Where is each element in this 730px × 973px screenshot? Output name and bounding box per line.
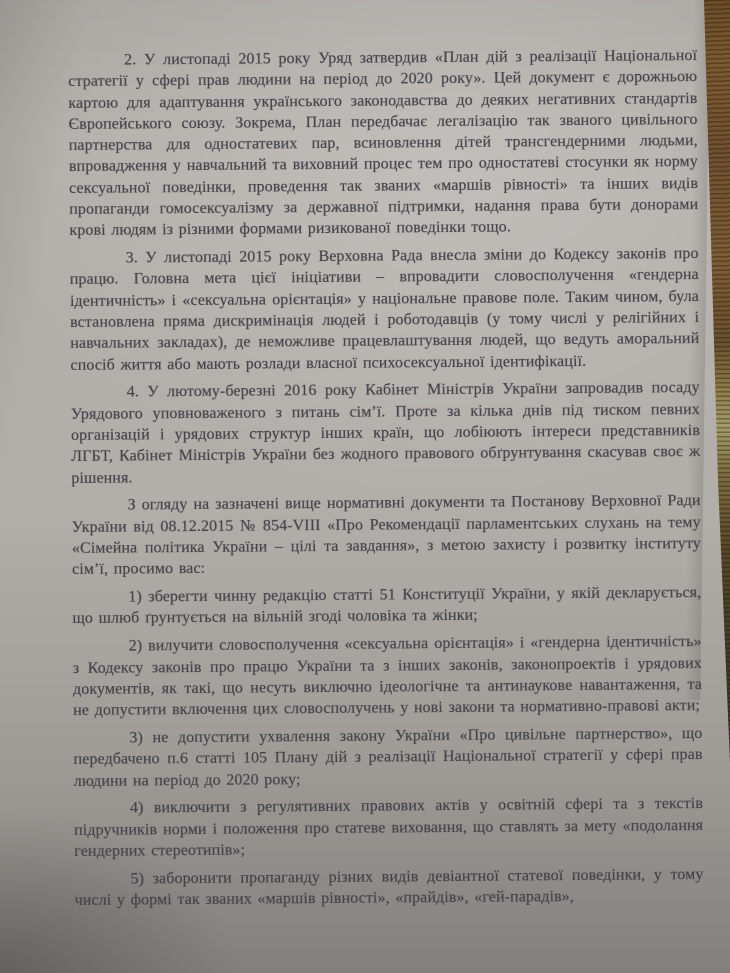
appeal-intro: З огляду на зазначені вище нормативні до… [71,490,701,580]
paragraph-2: 2. У листопаді 2015 року Уряд затвердив … [68,45,698,242]
request-item-3: 3) не допустити ухвалення закону України… [73,723,702,792]
request-item-1: 1) зберегти чинну редакцію статті 51 Кон… [72,582,701,630]
request-item-4: 4) виключити з регулятивних правових акт… [74,793,703,862]
request-item-5: 5) заборонити пропаганду різних видів де… [74,864,703,912]
photographed-document: 2. У листопаді 2015 року Уряд затвердив … [0,0,730,973]
paragraph-4: 4. У лютому-березні 2016 року Кабінет Мі… [71,378,701,489]
request-item-2: 2) вилучити словосполучення «сексуальна … [73,631,703,721]
paragraph-3: 3. У листопаді 2015 року Верховна Рада в… [70,243,700,376]
document-text: 2. У листопаді 2015 року Уряд затвердив … [68,45,704,918]
